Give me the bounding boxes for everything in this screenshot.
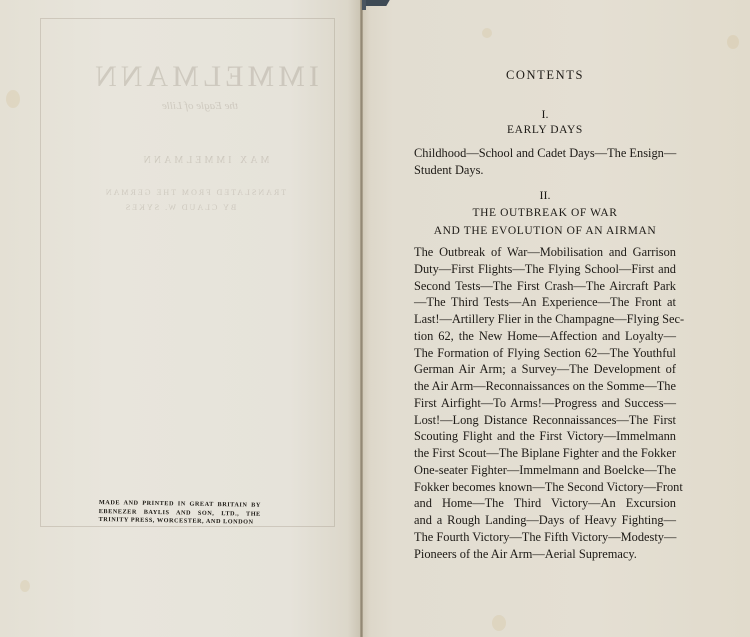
- summary-line: The Formation of Flying Section 62—The Y…: [414, 345, 676, 362]
- bleed-through-title: IMMELMANN: [90, 60, 320, 94]
- cover-corner-edge: [362, 0, 366, 10]
- foxing-spot: [20, 580, 30, 592]
- bleed-through-author: MAX IMMELMANN: [110, 155, 300, 166]
- bleed-through-translation: TRANSLATED FROM THE GERMAN: [90, 188, 300, 197]
- summary-line: Fokker becomes known—The Second Victory—…: [414, 479, 676, 496]
- chapter-title: AND THE EVOLUTION OF AN AIRMAN: [414, 225, 676, 237]
- foxing-spot: [482, 28, 492, 38]
- summary-line: Scouting Flight and the First Victory—Im…: [414, 428, 676, 445]
- summary-line: Duty—First Flights—The Flying School—Fir…: [414, 261, 676, 278]
- summary-line: Student Days.: [414, 162, 676, 179]
- summary-line: the First Scout—The Biplane Fighter and …: [414, 445, 676, 462]
- bleed-through-translator: BY CLAUD W. SYKES: [90, 203, 270, 212]
- foxing-spot: [6, 90, 20, 108]
- chapter-number: I.: [414, 107, 676, 122]
- foxing-spot: [492, 615, 506, 631]
- left-page: IMMELMANN the Eagle of Lille MAX IMMELMA…: [0, 0, 362, 637]
- summary-line: Last!—Artillery Flier in the Champagne—F…: [414, 311, 676, 328]
- summary-line: and a Rough Landing—Days of Heavy Fighti…: [414, 512, 676, 529]
- summary-line: the Air Arm—Reconnaissances on the Somme…: [414, 378, 676, 395]
- summary-line: tion 62, the New Home—Affection and Loya…: [414, 328, 676, 345]
- summary-line: German Air Arm; a Survey—The Development…: [414, 361, 676, 378]
- summary-line: Childhood—School and Cadet Days—The Ensi…: [414, 145, 676, 162]
- chapter-summary: Childhood—School and Cadet Days—The Ensi…: [414, 145, 676, 179]
- summary-line: and Home—The Third Victory—An Excursion: [414, 495, 676, 512]
- summary-line: Lost!—Long Distance Reconnaissances—The …: [414, 412, 676, 429]
- summary-line: First Airfight—To Arms!—Progress and Suc…: [414, 395, 676, 412]
- chapter-number: II.: [414, 188, 676, 203]
- summary-line: Pioneers of the Air Arm—Aerial Supremacy…: [414, 546, 676, 563]
- chapter-summary: The Outbreak of War—Mobilisation and Gar…: [414, 244, 676, 562]
- summary-line: Second Tests—The First Crash—The Aircraf…: [414, 278, 676, 295]
- foxing-spot: [727, 35, 739, 49]
- bleed-through-subtitle: the Eagle of Lille: [130, 100, 270, 112]
- summary-line: The Fourth Victory—The Fifth Victory—Mod…: [414, 529, 676, 546]
- cover-corner: [362, 0, 389, 6]
- printer-imprint: MADE AND PRINTED IN GREAT BRITAIN BY EBE…: [99, 499, 261, 528]
- summary-line: The Outbreak of War—Mobilisation and Gar…: [414, 244, 676, 261]
- chapter-title: THE OUTBREAK OF WAR: [414, 207, 676, 219]
- book-gutter: [360, 0, 363, 637]
- contents-heading: CONTENTS: [414, 68, 676, 83]
- open-book-spread: IMMELMANN the Eagle of Lille MAX IMMELMA…: [0, 0, 750, 637]
- summary-line: —The Third Tests—An Experience—The Front…: [414, 294, 676, 311]
- chapter-title: EARLY DAYS: [414, 124, 676, 136]
- bleed-through-frame: [40, 18, 335, 527]
- summary-line: One-seater Fighter—Immelmann and Boelcke…: [414, 462, 676, 479]
